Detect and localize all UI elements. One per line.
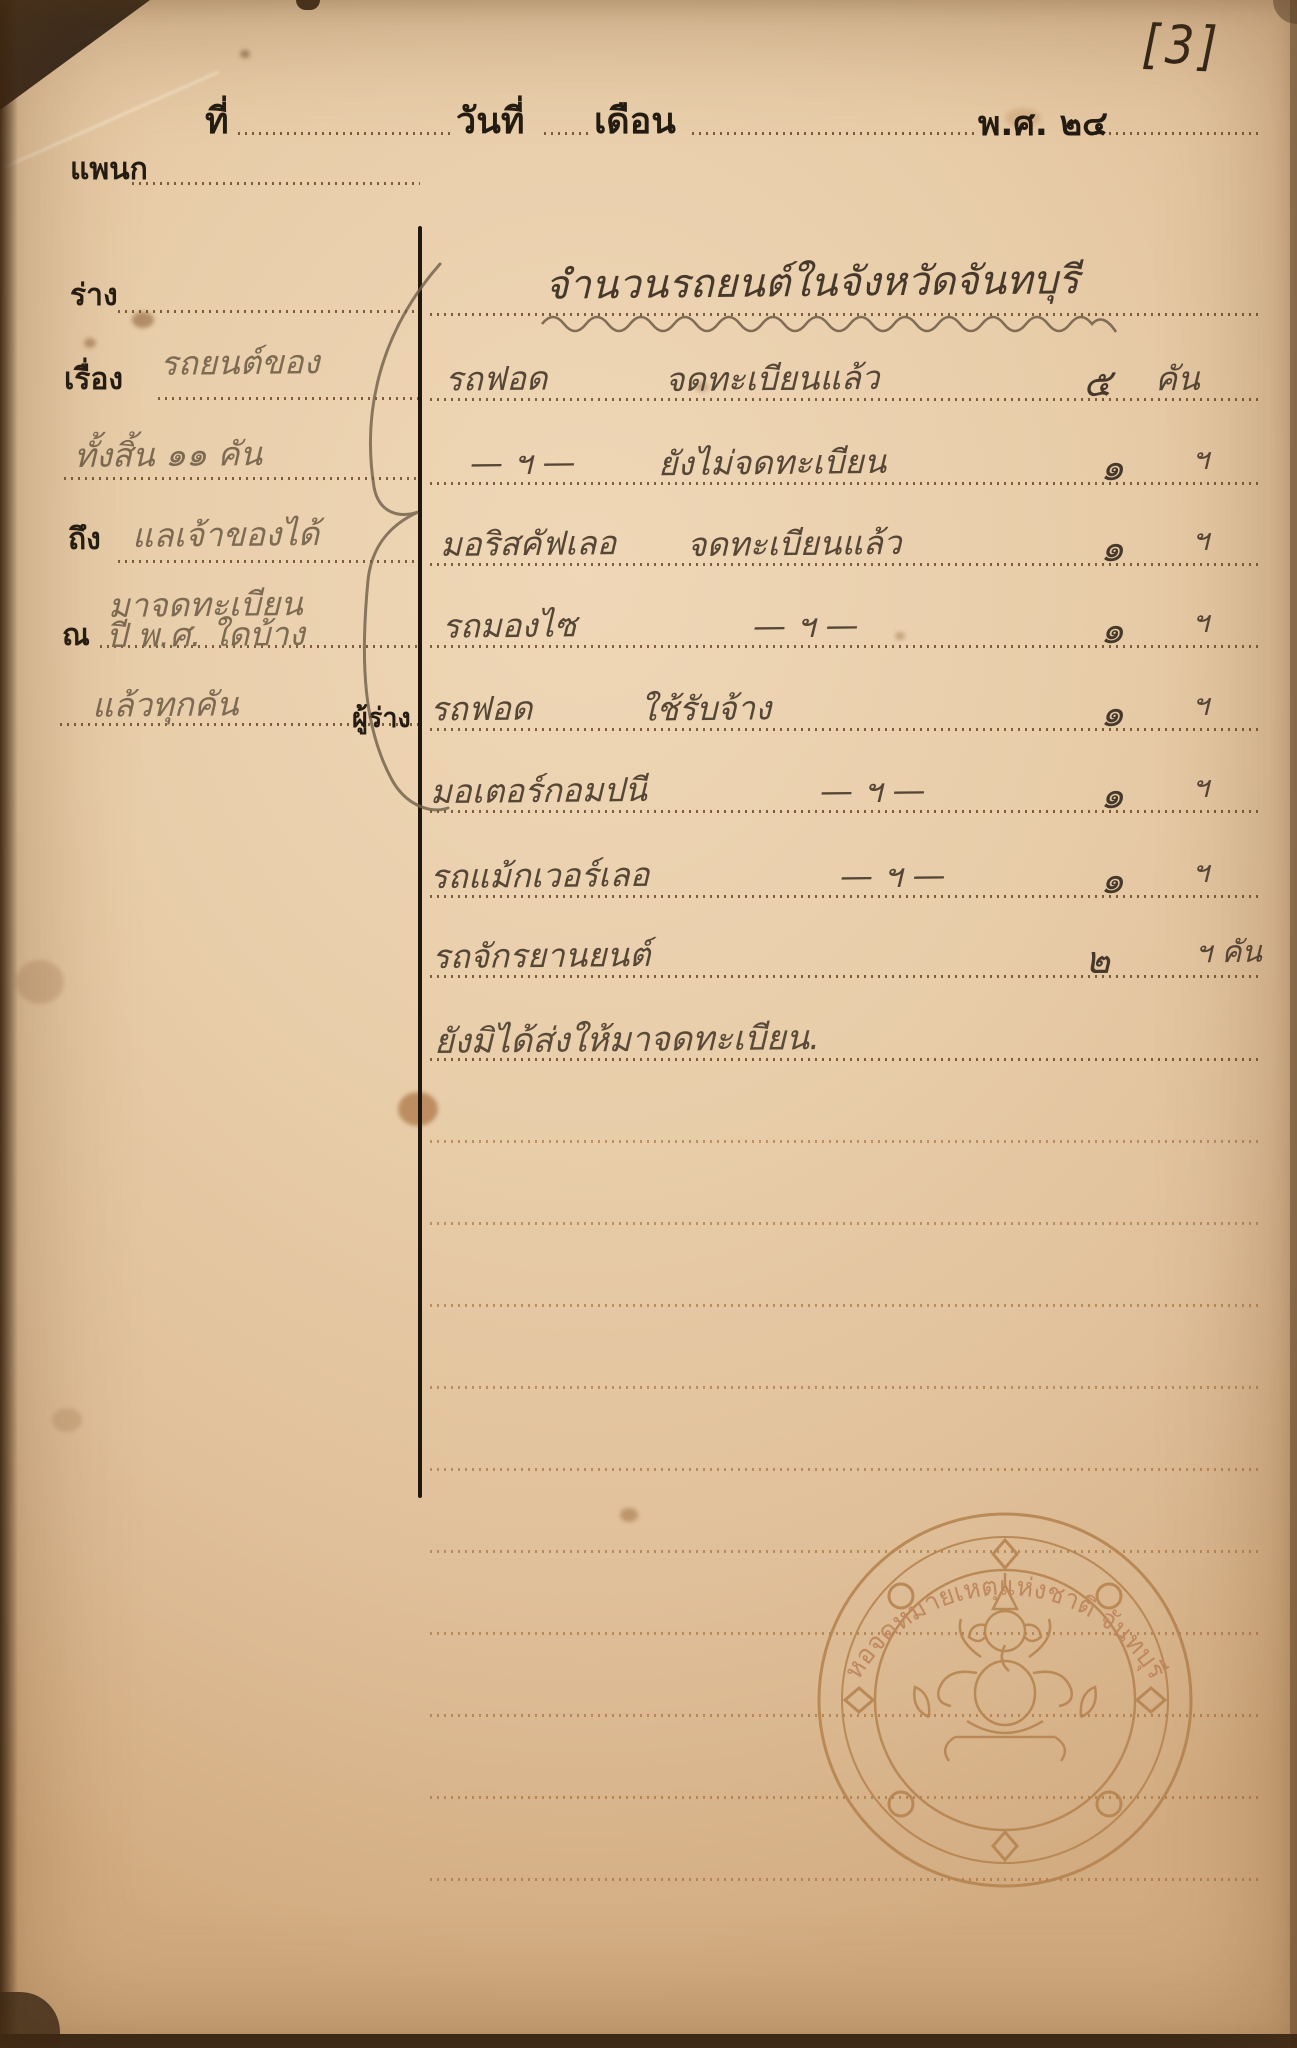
table-row: รถมองไซ — ฯ — ๑ ฯ xyxy=(0,597,1297,649)
ruled-line xyxy=(132,182,420,185)
count-unit: ฯ xyxy=(1192,599,1209,646)
paper-corner-dark xyxy=(0,0,150,110)
paper-stain xyxy=(84,338,96,348)
registration-status: — ฯ — xyxy=(753,598,859,652)
registration-status: — ฯ — xyxy=(820,763,926,817)
registration-status: ใช้รับจ้าง xyxy=(640,681,772,735)
paper-edge-left xyxy=(0,0,18,2048)
closing-note: ยังมิได้ส่งให้มาจดทะเบียน. xyxy=(434,1010,820,1068)
count-unit: ฯ xyxy=(1192,764,1209,811)
stamp-dot-ornament xyxy=(1097,1792,1121,1816)
count-value: ๑ xyxy=(1100,849,1125,910)
count-value: ๕ xyxy=(1083,352,1112,413)
count-unit: ฯ xyxy=(1192,436,1209,483)
registration-status: จดทะเบียนแล้ว xyxy=(665,351,880,406)
table-row: รถจักรยานยนต์ ๒ ฯ คัน xyxy=(0,927,1297,979)
paper-stain xyxy=(132,312,154,328)
form-no-label: ที่ xyxy=(205,92,229,149)
vehicle-name: รถฟอด xyxy=(430,681,533,735)
count-value: ๑ xyxy=(1100,764,1125,825)
count-unit: คัน xyxy=(1155,352,1200,405)
count-value: ๒ xyxy=(1085,929,1111,990)
wavy-underline xyxy=(540,306,1150,346)
form-era-label: พ.ศ. ๒๔ xyxy=(978,96,1108,150)
table-row: มอริสคัฟเลอ จดทะเบียนแล้ว ๑ ฯ xyxy=(0,515,1297,567)
stamp-dot-ornament xyxy=(889,1792,913,1816)
table-row: — ฯ — ยังไม่จดทะเบียน ๑ ฯ xyxy=(0,434,1297,486)
registration-status: จดทะเบียนแล้ว xyxy=(687,516,902,571)
table-row: รถแม้กเวอร์เลอ — ฯ — ๑ ฯ xyxy=(0,847,1297,899)
ruled-line xyxy=(430,1140,1262,1143)
ruled-line xyxy=(430,1468,1262,1471)
form-section-label: แพนก xyxy=(70,146,148,193)
count-value: ๑ xyxy=(1100,517,1125,578)
vehicle-name: รถจักรยานยนต์ xyxy=(432,928,651,983)
count-unit: ฯ xyxy=(1192,682,1209,729)
paper-stain xyxy=(240,50,250,58)
ruled-line xyxy=(430,1304,1262,1307)
count-unit: ฯ คัน xyxy=(1195,929,1262,977)
paper-edge-bottom xyxy=(0,2034,1297,2048)
vehicle-name: รถแม้กเวอร์เลอ xyxy=(430,848,650,903)
count-unit: ฯ xyxy=(1192,849,1209,896)
paper-stain xyxy=(52,1408,82,1432)
vehicle-name: มอริสคัฟเลอ xyxy=(440,516,617,571)
page-number: [3] xyxy=(1141,13,1223,78)
ruled-line xyxy=(238,132,452,135)
vehicle-name: รถฟอด xyxy=(445,351,548,405)
archives-stamp: หอจดหมายเหตุแห่งชาติ จันทบุรี xyxy=(805,1505,1205,1905)
ruled-line xyxy=(692,132,975,135)
count-value: ๑ xyxy=(1100,599,1125,660)
form-draft-label: ร่าง xyxy=(70,272,118,319)
vehicle-name: — ฯ — xyxy=(470,435,576,489)
form-month-label: เดือน xyxy=(594,92,676,149)
stamp-petal xyxy=(993,1832,1017,1860)
table-row: รถฟอด จดทะเบียนแล้ว ๕ คัน xyxy=(0,350,1297,402)
ruled-line xyxy=(544,132,588,135)
count-value: ๑ xyxy=(1100,682,1125,743)
paper-edge-right xyxy=(1290,0,1297,2048)
paper-corner-dark xyxy=(0,1992,60,2048)
registration-status: — ฯ — xyxy=(840,848,946,902)
table-row: มอเตอร์กอมปนี — ฯ — ๑ ฯ xyxy=(0,762,1297,814)
ruled-line xyxy=(1095,132,1262,135)
ruled-line xyxy=(430,1222,1262,1225)
registration-status: ยังไม่จดทะเบียน xyxy=(658,435,887,490)
form-date-label: วันที่ xyxy=(456,92,525,149)
paper-corner-dark xyxy=(1273,0,1297,24)
stamp-petal xyxy=(1137,1688,1165,1712)
ruled-line xyxy=(430,1386,1262,1389)
vehicle-name: มอเตอร์กอมปนี xyxy=(430,763,647,818)
count-value: ๑ xyxy=(1100,436,1125,497)
paper-edge-notch xyxy=(296,0,320,10)
archival-document-page: ที่ วันที่ เดือน พ.ศ. ๒๔ แพนก ร่าง เรื่อ… xyxy=(0,0,1297,2048)
stamp-petal xyxy=(993,1540,1017,1568)
stamp-petal xyxy=(845,1688,873,1712)
count-unit: ฯ xyxy=(1192,517,1209,564)
table-row: รถฟอด ใช้รับจ้าง ๑ ฯ xyxy=(0,680,1297,732)
paper-stain xyxy=(620,1508,638,1522)
vehicle-name: รถมองไซ xyxy=(442,598,577,652)
